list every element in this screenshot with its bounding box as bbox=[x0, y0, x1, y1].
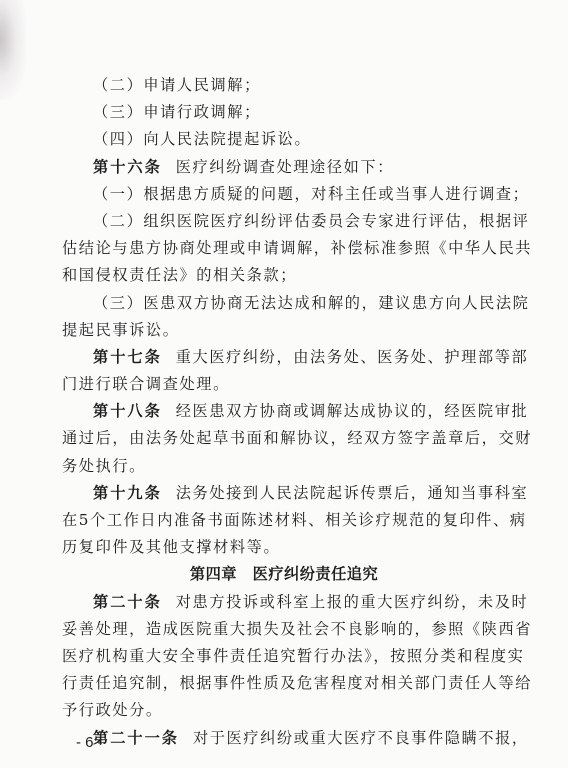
line-text: 务处执行。 bbox=[62, 457, 146, 475]
article-20: 第二十条对患方投诉或科室上报的重大医疗纠纷，未及时 bbox=[62, 589, 518, 616]
text-line: （四）向人民法院提起诉讼。 bbox=[62, 126, 518, 153]
line-text: 门进行联合调查处理。 bbox=[62, 375, 230, 393]
article-18: 第十八条经医患双方协商或调解达成协议的，经医院审批 bbox=[62, 398, 518, 425]
article-16: 第十六条医疗纠纷调查处理途径如下： bbox=[62, 154, 518, 181]
line-text: 历复印件及其他支撑材料等。 bbox=[62, 538, 280, 556]
text-line: （一）根据患方质疑的问题，对科主任或当事人进行调查； bbox=[62, 181, 518, 208]
line-text: （二）申请人民调解； bbox=[93, 76, 261, 94]
line-text: 提起民事诉讼。 bbox=[62, 321, 180, 339]
text-line: 医疗机构重大安全事件责任追究暂行办法》，按照分类和程度实 bbox=[62, 643, 518, 670]
text-line: （二）申请人民调解； bbox=[62, 72, 518, 99]
line-text: 重大医疗纠纷，由法务处、医务处、护理部等部 bbox=[176, 348, 529, 366]
article-heading: 第十六条 bbox=[93, 158, 162, 176]
scan-edge-shadow bbox=[0, 0, 26, 100]
text-line: 通过后，由法务处起草书面和解协议，经双方签字盖章后，交财 bbox=[62, 425, 518, 452]
text-line: （二）组织医院医疗纠纷评估委员会专家进行评估，根据评 bbox=[62, 208, 518, 235]
line-text: 对患方投诉或科室上报的重大医疗纠纷，未及时 bbox=[176, 593, 529, 611]
line-text: 通过后，由法务处起草书面和解协议，经双方签字盖章后，交财 bbox=[62, 429, 532, 447]
text-line: 予行政处分。 bbox=[62, 697, 518, 724]
article-heading: 第二十一条 bbox=[93, 729, 179, 747]
article-heading: 第十七条 bbox=[93, 348, 162, 366]
line-text: （三）申请行政调解； bbox=[93, 103, 261, 121]
line-text: （二）组织医院医疗纠纷评估委员会专家进行评估，根据评 bbox=[93, 212, 529, 230]
text-line: 估结论与患方协商处理或申请调解，补偿标准参照《中华人民共 bbox=[62, 235, 518, 262]
chapter-heading: 第四章 医疗纠纷责任追究 bbox=[62, 561, 518, 588]
article-21: 第二十一条对于医疗纠纷或重大医疗不良事件隐瞒不报， bbox=[62, 725, 518, 752]
line-text: 妥善处理，造成医院重大损失及社会不良影响的，参照《陕西省 bbox=[62, 620, 532, 638]
text-line: 历复印件及其他支撑材料等。 bbox=[62, 534, 518, 561]
article-19: 第十九条法务处接到人民法院起诉传票后，通知当事科室 bbox=[62, 480, 518, 507]
line-text: 对于医疗纠纷或重大医疗不良事件隐瞒不报， bbox=[193, 729, 529, 747]
article-heading: 第二十条 bbox=[93, 593, 162, 611]
line-text: 予行政处分。 bbox=[62, 701, 163, 719]
page-number: - 6 - bbox=[76, 734, 103, 751]
line-text: 行责任追究制，根据事件性质及危害程度对相关部门责任人等给 bbox=[62, 674, 532, 692]
article-heading: 第十九条 bbox=[93, 484, 162, 502]
text-line: 和国侵权责任法》的相关条款； bbox=[62, 262, 518, 289]
text-line: （三）申请行政调解； bbox=[62, 99, 518, 126]
text-line: 行责任追究制，根据事件性质及危害程度对相关部门责任人等给 bbox=[62, 670, 518, 697]
text-line: 在5个工作日内准备书面陈述材料、相关诊疗规范的复印件、病 bbox=[62, 507, 518, 534]
line-text: 经医患双方协商或调解达成协议的，经医院审批 bbox=[176, 402, 529, 420]
document-body: （二）申请人民调解； （三）申请行政调解； （四）向人民法院提起诉讼。 第十六条… bbox=[62, 72, 518, 752]
text-line: 务处执行。 bbox=[62, 453, 518, 480]
line-text: 法务处接到人民法院起诉传票后，通知当事科室 bbox=[176, 484, 529, 502]
text-line: 妥善处理，造成医院重大损失及社会不良影响的，参照《陕西省 bbox=[62, 616, 518, 643]
line-text: 医疗纠纷调查处理途径如下： bbox=[176, 158, 394, 176]
line-text: 医疗机构重大安全事件责任追究暂行办法》，按照分类和程度实 bbox=[62, 647, 524, 665]
text-line: （三）医患双方协商无法达成和解的，建议患方向人民法院 bbox=[62, 290, 518, 317]
line-text: 在5个工作日内准备书面陈述材料、相关诊疗规范的复印件、病 bbox=[62, 511, 527, 529]
chapter-title: 第四章 医疗纠纷责任追究 bbox=[190, 565, 378, 583]
line-text: （三）医患双方协商无法达成和解的，建议患方向人民法院 bbox=[93, 294, 529, 312]
line-text: 估结论与患方协商处理或申请调解，补偿标准参照《中华人民共 bbox=[62, 239, 532, 257]
article-17: 第十七条重大医疗纠纷，由法务处、医务处、护理部等部 bbox=[62, 344, 518, 371]
text-line: 门进行联合调查处理。 bbox=[62, 371, 518, 398]
article-heading: 第十八条 bbox=[93, 402, 162, 420]
text-line: 提起民事诉讼。 bbox=[62, 317, 518, 344]
line-text: （四）向人民法院提起诉讼。 bbox=[93, 130, 311, 148]
line-text: （一）根据患方质疑的问题，对科主任或当事人进行调查； bbox=[93, 185, 529, 203]
line-text: 和国侵权责任法》的相关条款； bbox=[62, 266, 297, 284]
